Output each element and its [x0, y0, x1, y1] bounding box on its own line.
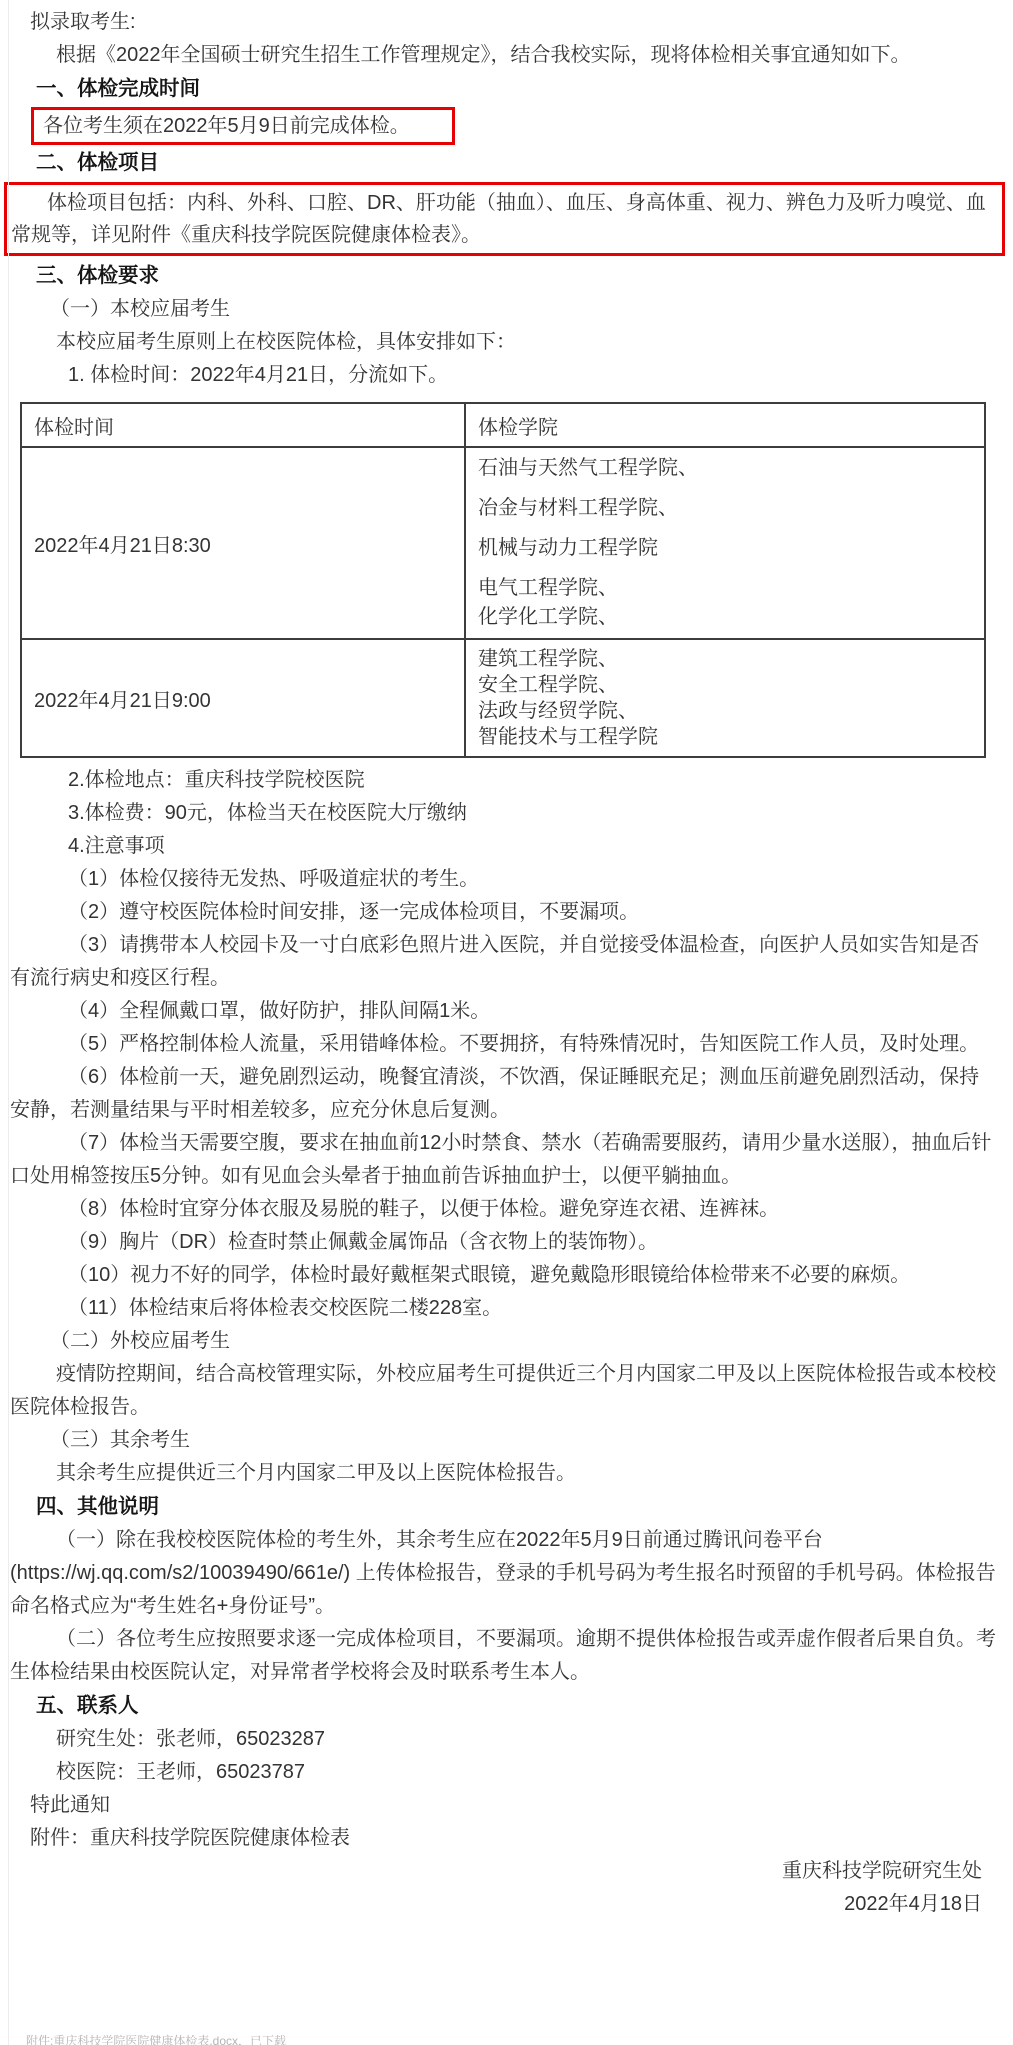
- table-row: 2022年4月21日9:00 建筑工程学院、 安全工程学院、 法政与经贸学院、 …: [21, 639, 985, 757]
- sub3-title: （三）其余考生: [10, 1424, 996, 1457]
- schedule-table: 体检时间 体检学院 2022年4月21日8:30 石油与天然气工程学院、 冶金与…: [20, 402, 986, 758]
- section2-title: 二、体检项目: [10, 146, 996, 180]
- note-item-9: （9）胸片（DR）检查时禁止佩戴金属饰品（含衣物上的装饰物）。: [10, 1226, 996, 1259]
- college-line: 石油与天然气工程学院、: [478, 454, 972, 483]
- exam-fee: 3.体检费：90元，体检当天在校医院大厅缴纳: [10, 797, 996, 830]
- college-line: 化学化工学院、: [478, 603, 972, 632]
- note-item-10: （10）视力不好的同学，体检时最好戴框架式眼镜，避免戴隐形眼镜给体检带来不必要的…: [10, 1259, 996, 1292]
- page-left-divider: [8, 0, 9, 2045]
- college-line: 法政与经贸学院、: [478, 698, 972, 724]
- deadline-text: 各位考生须在2022年5月9日前完成体检。: [34, 111, 452, 141]
- contact-graduate-office: 研究生处：张老师，65023287: [10, 1723, 996, 1756]
- sub1-title: （一）本校应届考生: [10, 293, 996, 326]
- sub3-text: 其余考生应提供近三个月内国家二甲及以上医院体检报告。: [10, 1457, 996, 1490]
- exam-college-cell: 建筑工程学院、 安全工程学院、 法政与经贸学院、 智能技术与工程学院: [465, 639, 985, 757]
- signature-date: 2022年4月18日: [10, 1888, 996, 1921]
- sub2-text: 疫情防控期间，结合高校管理实际，外校应届考生可提供近三个月内国家二甲及以上医院体…: [10, 1358, 996, 1424]
- attachment-text: 附件：重庆科技学院医院健康体检表: [10, 1822, 996, 1855]
- note-item-5: （5）严格控制体检人流量，采用错峰体检。不要拥挤，有特殊情况时，告知医院工作人员…: [10, 1028, 996, 1061]
- college-line: 电气工程学院、: [478, 574, 972, 603]
- section4-item2: （二）各位考生应按照要求逐一完成体检项目，不要漏项。逾期不提供体检报告或弄虚作假…: [10, 1623, 996, 1689]
- schedule-intro: 1. 体检时间：2022年4月21日，分流如下。: [10, 359, 996, 392]
- section4-title: 四、其他说明: [10, 1490, 996, 1524]
- note-item-2: （2）遵守校医院体检时间安排，逐一完成体检项目，不要漏项。: [10, 896, 996, 929]
- notice-page: { "colors": { "highlight_border": "#e602…: [0, 0, 1013, 2045]
- signature-org: 重庆科技学院研究生处: [10, 1855, 996, 1888]
- section3-title: 三、体检要求: [10, 259, 996, 293]
- college-line: 智能技术与工程学院: [478, 724, 972, 750]
- table-header-row: 体检时间 体检学院: [21, 403, 985, 447]
- notice-intro: 根据《2022年全国硕士研究生招生工作管理规定》，结合我校实际，现将体检相关事宜…: [10, 39, 996, 72]
- table-header-college: 体检学院: [465, 403, 985, 447]
- section1-title: 一、体检完成时间: [10, 72, 996, 106]
- college-line: 冶金与材料工程学院、: [478, 494, 972, 523]
- note-item-11: （11）体检结束后将体检表交校医院二楼228室。: [10, 1292, 996, 1325]
- exam-items-text: 体检项目包括：内科、外科、口腔、DR、肝功能（抽血）、血压、身高体重、视力、辨色…: [11, 187, 995, 251]
- exam-college-cell: 石油与天然气工程学院、 冶金与材料工程学院、 机械与动力工程学院 电气工程学院、…: [465, 447, 985, 639]
- exam-time-cell: 2022年4月21日8:30: [21, 447, 465, 639]
- exam-location: 2.体检地点：重庆科技学院校医院: [10, 764, 996, 797]
- college-line: 建筑工程学院、: [478, 646, 972, 672]
- sub1-intro: 本校应届考生原则上在校医院体检，具体安排如下：: [10, 326, 996, 359]
- college-line: 机械与动力工程学院: [478, 534, 972, 563]
- note-item-8: （8）体检时宜穿分体衣服及易脱的鞋子，以便于体检。避免穿连衣裙、连裤袜。: [10, 1193, 996, 1226]
- contact-hospital: 校医院：王老师，65023787: [10, 1756, 996, 1789]
- sub2-title: （二）外校应届考生: [10, 1325, 996, 1358]
- attachment-download-note: 附件:重庆科技学院医院健康体检表.docx，已下载: [26, 2034, 286, 2045]
- notice-salutation: 拟录取考生:: [10, 6, 996, 39]
- table-header-time: 体检时间: [21, 403, 465, 447]
- note-item-4: （4）全程佩戴口罩，做好防护，排队间隔1米。: [10, 995, 996, 1028]
- note-item-6: （6）体检前一天，避免剧烈运动，晚餐宜清淡，不饮酒，保证睡眠充足；测血压前避免剧…: [10, 1061, 996, 1127]
- note-item-3: （3）请携带本人校园卡及一寸白底彩色照片进入医院，并自觉接受体温检查，向医护人员…: [10, 929, 996, 995]
- note-item-7: （7）体检当天需要空腹，要求在抽血前12小时禁食、禁水（若确需要服药，请用少量水…: [10, 1127, 996, 1193]
- notice-document: 拟录取考生: 根据《2022年全国硕士研究生招生工作管理规定》，结合我校实际，现…: [0, 0, 1013, 1921]
- signature-block: 重庆科技学院研究生处 2022年4月18日: [10, 1855, 996, 1921]
- highlight-box-exam-items: 体检项目包括：内科、外科、口腔、DR、肝功能（抽血）、血压、身高体重、视力、辨色…: [4, 182, 1005, 256]
- section5-title: 五、联系人: [10, 1689, 996, 1723]
- table-row: 2022年4月21日8:30 石油与天然气工程学院、 冶金与材料工程学院、 机械…: [21, 447, 985, 639]
- college-line: 安全工程学院、: [478, 672, 972, 698]
- exam-time-cell: 2022年4月21日9:00: [21, 639, 465, 757]
- highlight-box-deadline: 各位考生须在2022年5月9日前完成体检。: [31, 107, 455, 145]
- note-item-1: （1）体检仅接待无发热、呼吸道症状的考生。: [10, 863, 996, 896]
- notes-title: 4.注意事项: [10, 830, 996, 863]
- closing-text: 特此通知: [10, 1789, 996, 1822]
- section4-item1: （一）除在我校校医院体检的考生外，其余考生应在2022年5月9日前通过腾讯问卷平…: [10, 1524, 996, 1623]
